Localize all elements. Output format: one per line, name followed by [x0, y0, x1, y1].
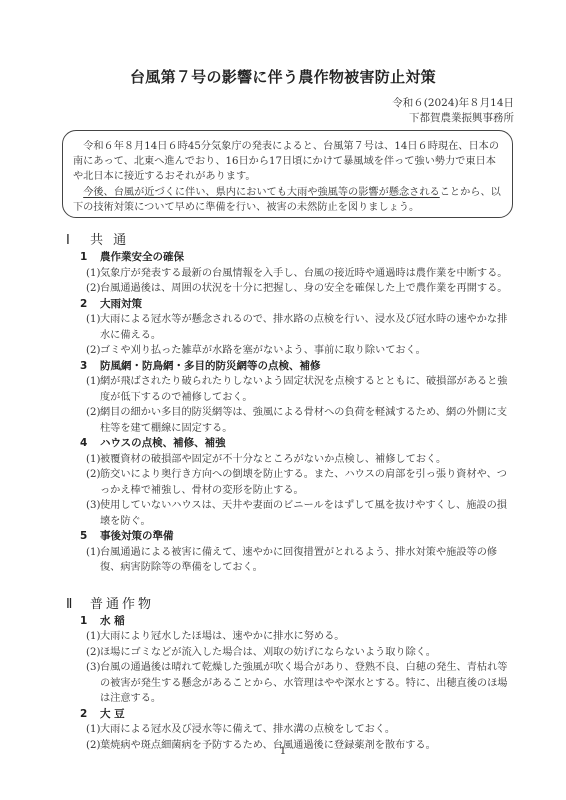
- item-number: (2): [86, 281, 100, 297]
- subsection-number: 2: [80, 707, 100, 723]
- subsection-heading: 1水 稲: [80, 614, 516, 630]
- subsection-title: 大 豆: [100, 707, 125, 723]
- page-number: 1: [0, 745, 566, 757]
- item-number: (1): [86, 312, 100, 343]
- item-text: ゴミや刈り払った雑草が水路を塞がないよう、事前に取り除いておく。: [100, 343, 516, 359]
- item-text: 筋交いにより奥行き方向への倒壊を防止する。また、ハウスの肩部を引っ張り資材や、つ…: [100, 467, 516, 498]
- subsection-number: 5: [80, 529, 100, 545]
- subsection-title: 防風網・防鳥網・多目的防災網等の点検、補修: [100, 359, 321, 375]
- section-numeral: Ⅰ: [66, 232, 90, 250]
- item-text: 台風通過後は、周囲の状況を十分に把握し、身の安全を確保した上で農作業を再開する。: [100, 281, 516, 297]
- document-title: 台風第７号の影響に伴う農作物被害防止対策: [0, 66, 566, 87]
- document-page: 台風第７号の影響に伴う農作物被害防止対策 令和６(2024)年８月14日 下都賀…: [0, 0, 566, 800]
- section-title: 普通作物: [90, 596, 154, 614]
- subsection-number: 3: [80, 359, 100, 375]
- document-issuer: 下都賀農業振興事務所: [392, 111, 514, 126]
- list-item: (3)使用していないハウスは、天井や妻面のビニールをはずして風を抜けやすくし、施…: [86, 498, 516, 529]
- item-text: 気象庁が発表する最新の台風情報を入手し、台風の接近時や通過時は農作業を中断する。: [100, 266, 516, 282]
- item-number: (1): [86, 722, 100, 738]
- list-item: (1)気象庁が発表する最新の台風情報を入手し、台風の接近時や通過時は農作業を中断…: [86, 266, 516, 282]
- item-number: (2): [86, 343, 100, 359]
- item-text: 大雨により冠水したほ場は、速やかに排水に努める。: [100, 629, 516, 645]
- subsection-title: 大雨対策: [100, 297, 142, 313]
- subsection-heading: 1農作業安全の確保: [80, 250, 516, 266]
- item-text: 台風の通過後は晴れて乾燥した強風が吹く場合があり、登熟不良、白穂の発生、青枯れ等…: [100, 660, 516, 707]
- item-number: (1): [86, 452, 100, 468]
- list-item: (2)ゴミや刈り払った雑草が水路を塞がないよう、事前に取り除いておく。: [86, 343, 516, 359]
- list-item: (2)台風通過後は、周囲の状況を十分に把握し、身の安全を確保した上で農作業を再開…: [86, 281, 516, 297]
- item-text: 大雨による冠水及び浸水等に備えて、排水溝の点検をしておく。: [100, 722, 516, 738]
- item-text: 台風通過による被害に備えて、速やかに回復措置がとれるよう、排水対策や施設等の修復…: [100, 545, 516, 576]
- section-gap: [66, 576, 516, 596]
- section-heading: Ⅰ共 通: [66, 232, 516, 250]
- subsection-heading: 3防風網・防鳥網・多目的防災網等の点検、補修: [80, 359, 516, 375]
- list-item: (3)台風の通過後は晴れて乾燥した強風が吹く場合があり、登熟不良、白穂の発生、青…: [86, 660, 516, 707]
- section-heading: Ⅱ普通作物: [66, 596, 516, 614]
- item-number: (2): [86, 467, 100, 498]
- item-text: ほ場にゴミなどが流入した場合は、刈取の妨げにならないよう取り除く。: [100, 645, 516, 661]
- section-numeral: Ⅱ: [66, 596, 90, 614]
- item-text: 網が飛ばされたり破られたりしないよう固定状況を点検するとともに、破損部があると強…: [100, 374, 516, 405]
- item-number: (1): [86, 629, 100, 645]
- notice-underlined-text: 今後、台風が近づくに伴い、県内においても大雨や強風等の影響が懸念される: [83, 187, 440, 198]
- item-number: (3): [86, 498, 100, 529]
- item-number: (1): [86, 266, 100, 282]
- subsection-heading: 5事後対策の準備: [80, 529, 516, 545]
- notice-paragraph-2: 今後、台風が近づくに伴い、県内においても大雨や強風等の影響が懸念されることから、…: [73, 185, 502, 215]
- item-text: 大雨による冠水等が懸念されるので、排水路の点検を行い、浸水及び冠水時の速やかな排…: [100, 312, 516, 343]
- item-text: 被覆資材の破損部や固定が不十分なところがないか点検し、補修しておく。: [100, 452, 516, 468]
- notice-paragraph-1: 令和６年８月14日６時45分気象庁の発表によると、台風第７号は、14日６時現在、…: [73, 139, 502, 185]
- list-item: (1)被覆資材の破損部や固定が不十分なところがないか点検し、補修しておく。: [86, 452, 516, 468]
- notice-box: 令和６年８月14日６時45分気象庁の発表によると、台風第７号は、14日６時現在、…: [62, 130, 513, 218]
- document-date: 令和６(2024)年８月14日: [392, 96, 514, 111]
- subsection-title: 水 稲: [100, 614, 125, 630]
- list-item: (1)網が飛ばされたり破られたりしないよう固定状況を点検するとともに、破損部があ…: [86, 374, 516, 405]
- subsection-title: 事後対策の準備: [100, 529, 174, 545]
- item-number: (1): [86, 545, 100, 576]
- subsection-title: ハウスの点検、補修、補強: [100, 436, 226, 452]
- list-item: (2)網目の細かい多目的防災網等は、強風による骨材への負荷を軽減するため、網の外…: [86, 405, 516, 436]
- section-title: 共 通: [90, 232, 129, 250]
- item-text: 使用していないハウスは、天井や妻面のビニールをはずして風を抜けやすくし、施設の損…: [100, 498, 516, 529]
- subsection-number: 4: [80, 436, 100, 452]
- subsection-number: 2: [80, 297, 100, 313]
- subsection-heading: 4ハウスの点検、補修、補強: [80, 436, 516, 452]
- subsection-number: 1: [80, 250, 100, 266]
- document-body: Ⅰ共 通1農作業安全の確保(1)気象庁が発表する最新の台風情報を入手し、台風の接…: [66, 232, 516, 753]
- list-item: (1)台風通過による被害に備えて、速やかに回復措置がとれるよう、排水対策や施設等…: [86, 545, 516, 576]
- item-number: (2): [86, 405, 100, 436]
- subsection-title: 農作業安全の確保: [100, 250, 184, 266]
- list-item: (1)大雨により冠水したほ場は、速やかに排水に努める。: [86, 629, 516, 645]
- list-item: (1)大雨による冠水及び浸水等に備えて、排水溝の点検をしておく。: [86, 722, 516, 738]
- item-text: 網目の細かい多目的防災網等は、強風による骨材への負荷を軽減するため、網の外側に支…: [100, 405, 516, 436]
- list-item: (2)筋交いにより奥行き方向への倒壊を防止する。また、ハウスの肩部を引っ張り資材…: [86, 467, 516, 498]
- subsection-number: 1: [80, 614, 100, 630]
- subsection-heading: 2大 豆: [80, 707, 516, 723]
- list-item: (1)大雨による冠水等が懸念されるので、排水路の点検を行い、浸水及び冠水時の速や…: [86, 312, 516, 343]
- item-number: (3): [86, 660, 100, 707]
- subsection-heading: 2大雨対策: [80, 297, 516, 313]
- item-number: (1): [86, 374, 100, 405]
- list-item: (2)ほ場にゴミなどが流入した場合は、刈取の妨げにならないよう取り除く。: [86, 645, 516, 661]
- document-meta: 令和６(2024)年８月14日 下都賀農業振興事務所: [392, 96, 514, 126]
- item-number: (2): [86, 645, 100, 661]
